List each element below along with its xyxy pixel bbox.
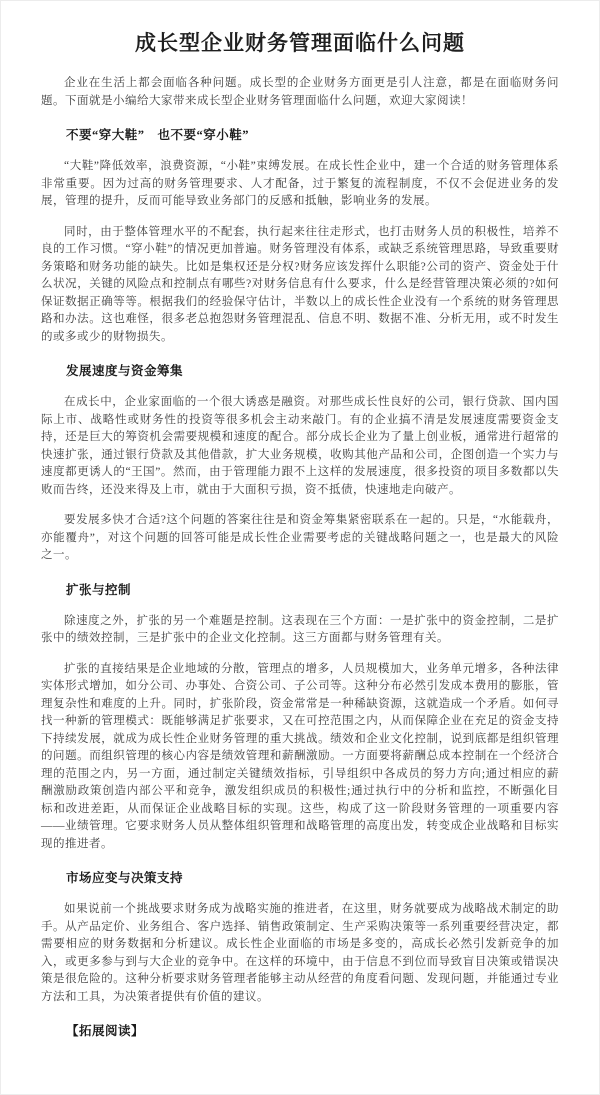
paragraph-big-small-shoes-2: 同时，由于整体管理水平的不配套，执行起来往往走形式，也打击财务人员的积极性，培养…: [41, 224, 559, 347]
section-heading-big-small-shoes: 不要“穿大鞋” 也不要“穿小鞋”: [41, 127, 559, 143]
article-title: 成长型企业财务管理面临什么问题: [41, 29, 559, 57]
section-heading-expansion-control: 扩张与控制: [41, 582, 559, 598]
section-heading-market-decision: 市场应变与决策支持: [41, 870, 559, 886]
document-page: 成长型企业财务管理面临什么问题 企业在生活上都会面临各种问题。成长型的企业财务方…: [0, 0, 600, 1095]
paragraph-big-small-shoes-1: “大鞋”降低效率，浪费资源，“小鞋”束缚发展。在成长性企业中，建一个合适的财务管…: [41, 158, 559, 211]
paragraph-market-decision-1: 如果说前一个挑战要求财务成为战略实施的推进者，在这里，财务就要成为战略战术制定的…: [41, 901, 559, 1006]
paragraph-expansion-control-1: 除速度之外，扩张的另一个难题是控制。这表现在三个方面：一是扩张中的资金控制，二是…: [41, 613, 559, 648]
section-heading-extended-reading: 【拓展阅读】: [41, 1023, 559, 1039]
intro-paragraph: 企业在生活上都会面临各种问题。成长型的企业财务方面更是引人注意，都是在面临财务问…: [41, 75, 559, 110]
paragraph-expansion-control-2: 扩张的直接结果是企业地域的分散，管理点的增多，人员规模加大，业务单元增多，各种法…: [41, 661, 559, 854]
paragraph-growth-funding-1: 在成长中，企业家面临的一个很大诱惑是融资。对那些成长性良好的公司，银行贷款、国内…: [41, 394, 559, 499]
section-heading-growth-funding: 发展速度与资金筹集: [41, 363, 559, 379]
paragraph-growth-funding-2: 要发展多快才合适?这个问题的答案往往是和资金筹集紧密联系在一起的。只是，“水能载…: [41, 512, 559, 565]
